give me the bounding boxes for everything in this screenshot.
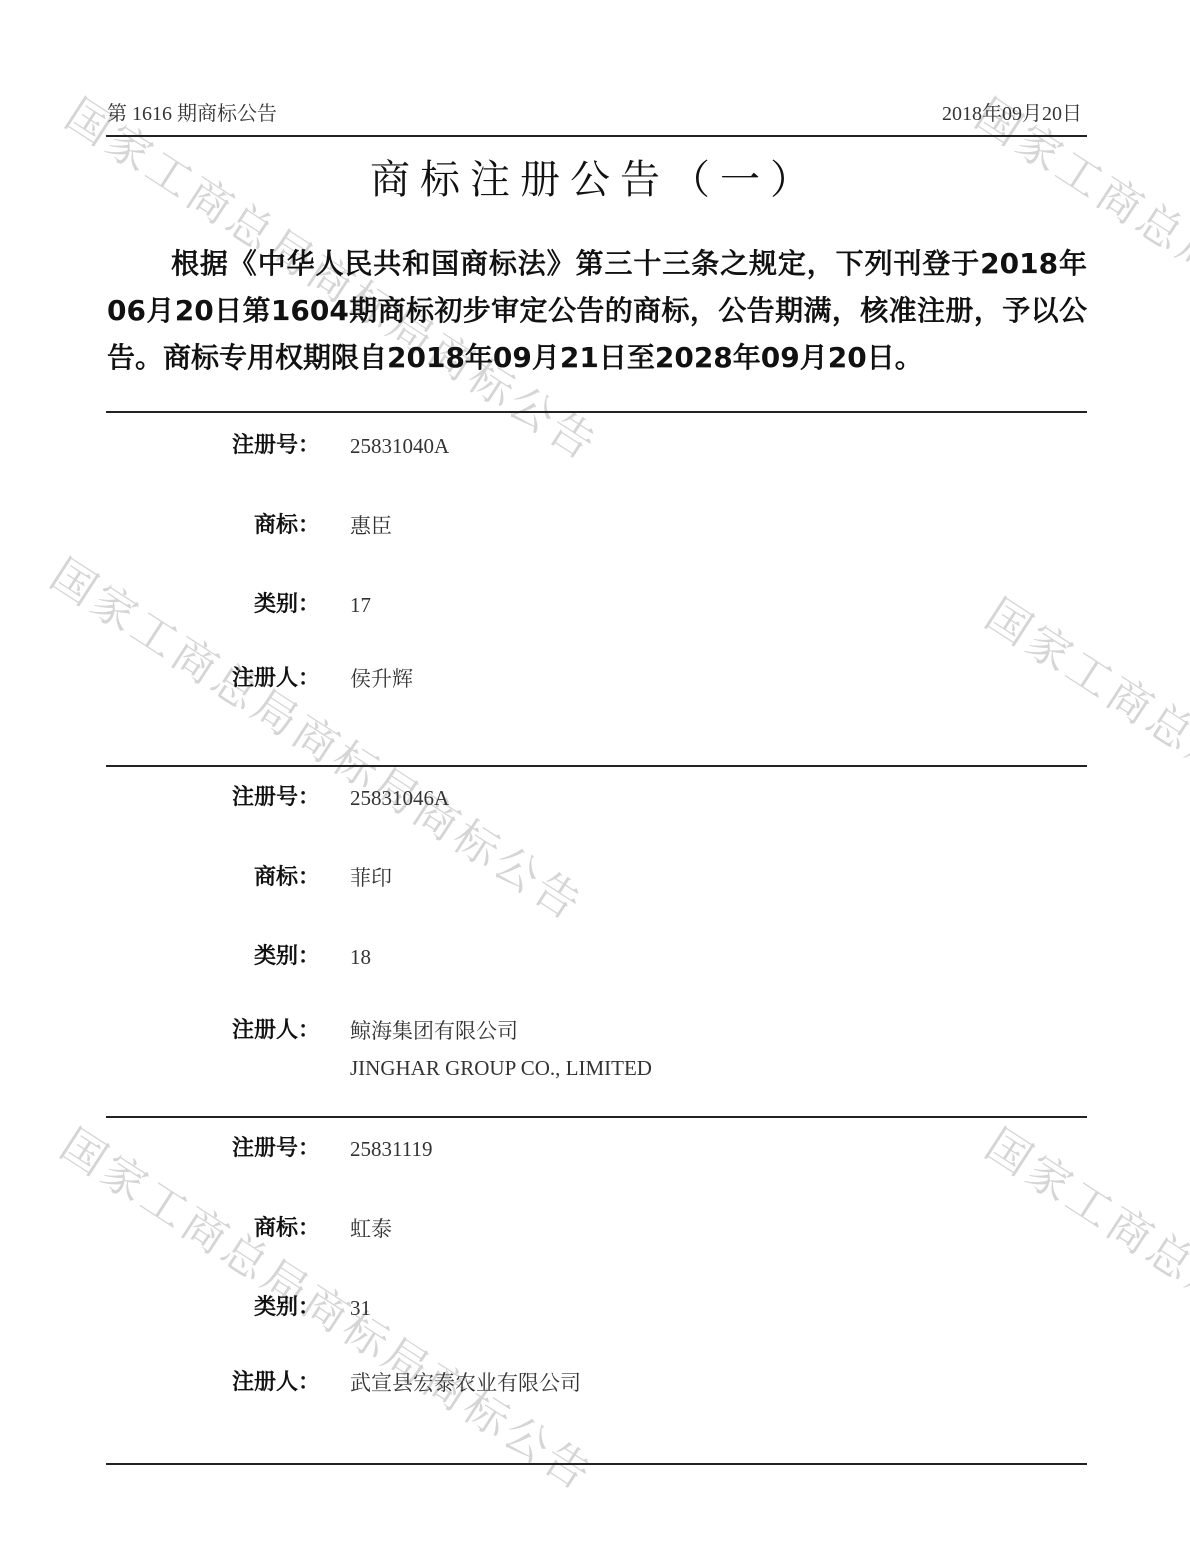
class-label: 类别：	[254, 939, 320, 970]
entry-divider	[106, 1116, 1087, 1118]
reg-no-label: 注册号：	[232, 1131, 320, 1162]
intro-paragraph: 根据《中华人民共和国商标法》第三十三条之规定，下列刊登于2018年06月20日第…	[107, 240, 1087, 381]
class-value: 17	[350, 587, 371, 623]
registrant-value: 侯升辉	[350, 661, 413, 697]
issue-number: 第 1616 期商标公告	[107, 97, 277, 126]
reg-no-label: 注册号：	[232, 780, 320, 811]
registrant-label: 注册人：	[232, 1013, 320, 1044]
watermark: 国家工商总局商标局商标公告	[975, 1110, 1190, 1504]
footer-divider	[106, 1463, 1087, 1465]
entry-divider	[106, 411, 1087, 413]
mark-label: 商标：	[254, 860, 320, 891]
watermark: 国家工商总局商标局商标公告	[50, 1110, 608, 1504]
registrant-en-value: JINGHAR GROUP CO., LIMITED	[350, 1050, 652, 1086]
mark-label: 商标：	[254, 508, 320, 539]
registrant-value: 鲸海集团有限公司	[350, 1013, 518, 1049]
class-value: 31	[350, 1290, 371, 1326]
registrant-label: 注册人：	[232, 1365, 320, 1396]
mark-value: 虹泰	[350, 1211, 392, 1247]
registrant-value: 武宣县宏泰农业有限公司	[350, 1365, 581, 1401]
reg-no-label: 注册号：	[232, 428, 320, 459]
header-divider	[106, 135, 1087, 137]
publication-date: 2018年09月20日	[942, 97, 1082, 126]
mark-value: 菲印	[350, 860, 392, 896]
reg-no-value: 25831046A	[350, 780, 449, 816]
class-label: 类别：	[254, 587, 320, 618]
class-value: 18	[350, 939, 371, 975]
watermark: 国家工商总局商标局商标公告	[975, 580, 1190, 974]
page-title: 商标注册公告（一）	[0, 148, 1190, 205]
registrant-label: 注册人：	[232, 661, 320, 692]
mark-value: 惠臣	[350, 508, 392, 544]
reg-no-value: 25831040A	[350, 428, 449, 464]
entry-divider	[106, 765, 1087, 767]
mark-label: 商标：	[254, 1211, 320, 1242]
class-label: 类别：	[254, 1290, 320, 1321]
reg-no-value: 25831119	[350, 1131, 432, 1167]
